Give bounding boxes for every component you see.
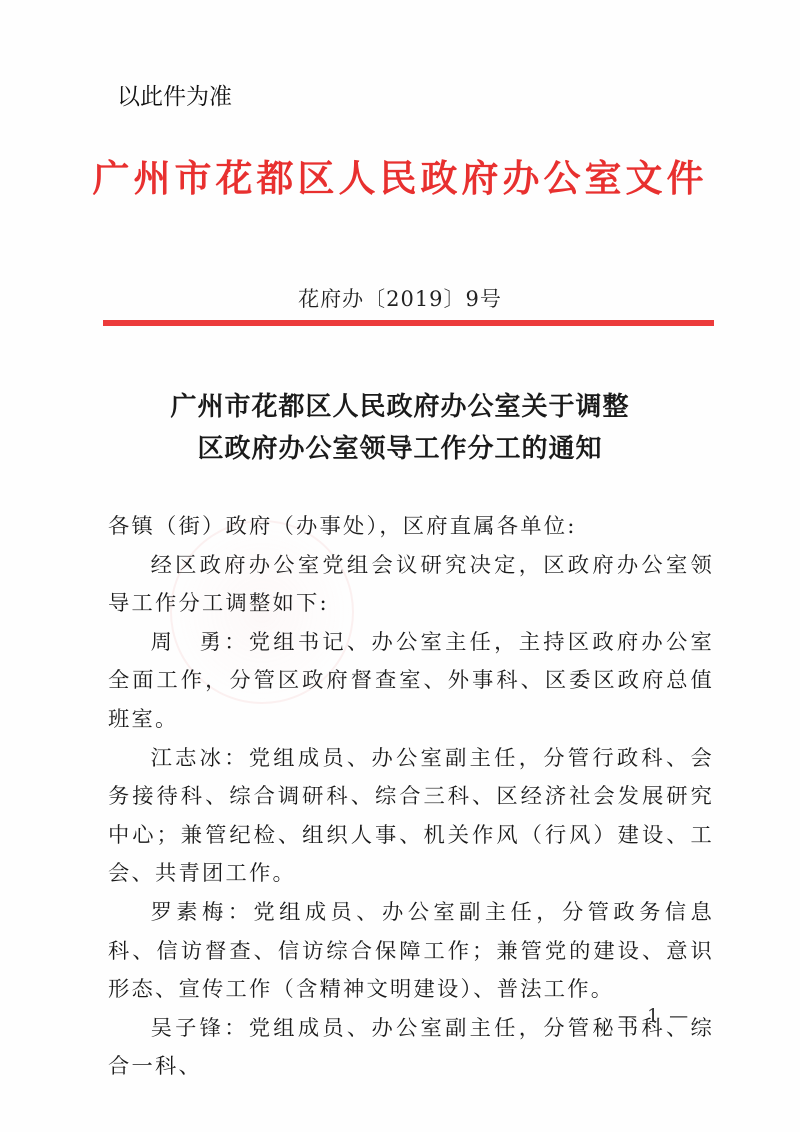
- assignment-paragraph: 江志冰：党组成员、办公室副主任，分管行政科、会务接待科、综合调研科、综合三科、区…: [108, 740, 714, 894]
- salutation: 各镇（街）政府（办事处），区府直属各单位:: [108, 508, 714, 547]
- document-page: 以此件为准 广州市花都区人民政府办公室文件 花府办〔2019〕9号 广州市花都区…: [0, 0, 800, 1132]
- document-number: 花府办〔2019〕9号: [0, 283, 800, 313]
- document-masthead: 广州市花都区人民政府办公室文件: [0, 148, 800, 202]
- document-body: 各镇（街）政府（办事处），区府直属各单位: 经区政府办公室党组会议研究决定，区政…: [108, 508, 714, 1087]
- red-separator-line: [103, 320, 714, 326]
- title-line-1: 广州市花都区人民政府办公室关于调整: [0, 386, 800, 428]
- assignment-paragraph: 周 勇：党组书记、办公室主任，主持区政府办公室全面工作，分管区政府督查室、外事科…: [108, 624, 714, 740]
- page-number: — 1 —: [618, 1005, 690, 1027]
- title-line-2: 区政府办公室领导工作分工的通知: [0, 428, 800, 470]
- assignment-paragraph: 罗素梅：党组成员、办公室副主任，分管政务信息科、信访督查、信访综合保障工作；兼管…: [108, 894, 714, 1010]
- authoritative-copy-note: 以此件为准: [117, 78, 232, 111]
- document-title: 广州市花都区人民政府办公室关于调整 区政府办公室领导工作分工的通知: [0, 386, 800, 470]
- intro-paragraph: 经区政府办公室党组会议研究决定，区政府办公室领导工作分工调整如下:: [108, 547, 714, 624]
